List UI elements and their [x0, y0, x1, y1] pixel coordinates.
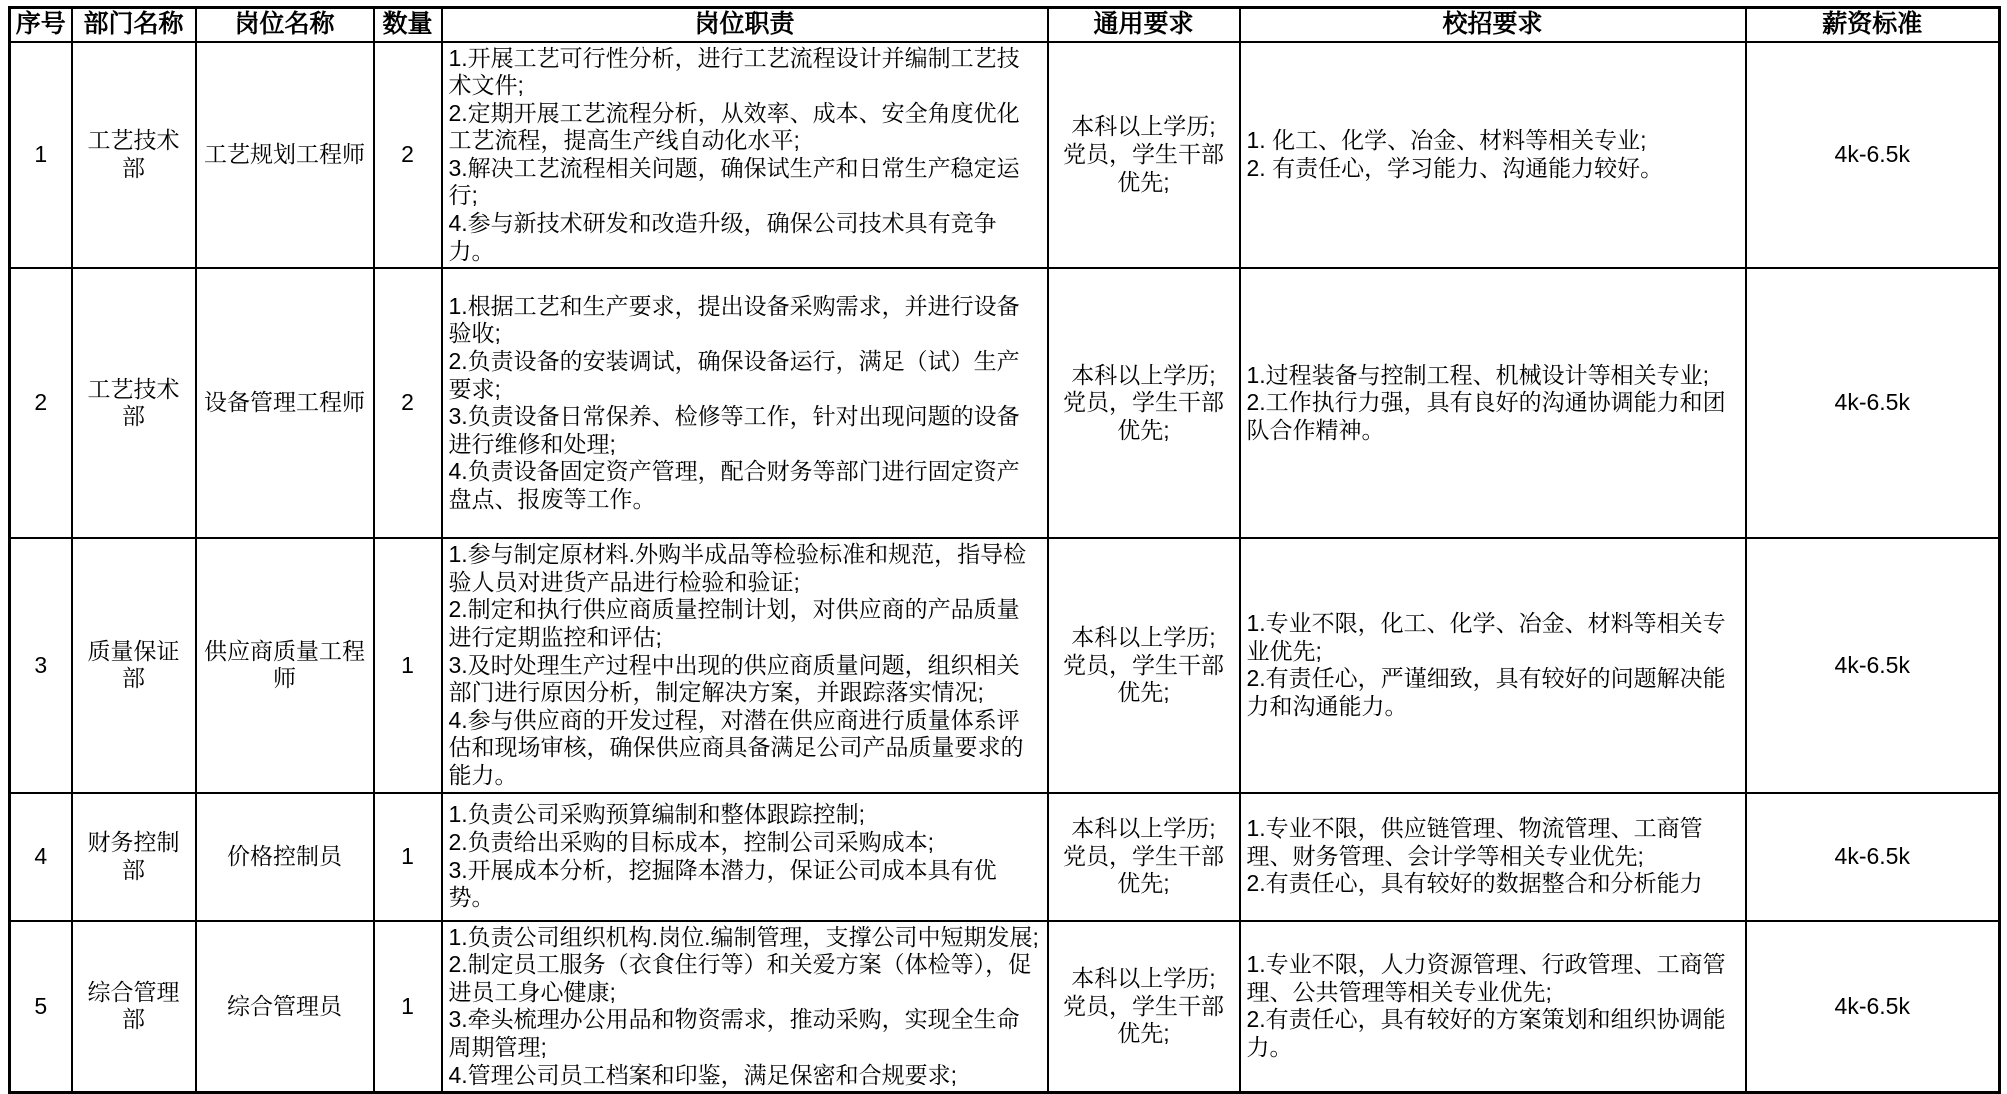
cell-serial-number: 5	[10, 921, 72, 1093]
cell-general-requirements: 本科以上学历; 党员，学生干部优先;	[1048, 793, 1240, 921]
cell-campus-requirements: 1. 化工、化学、冶金、材料等相关专业; 2. 有责任心，学习能力、沟通能力较好…	[1240, 42, 1746, 269]
cell-general-requirements: 本科以上学历; 党员，学生干部优先;	[1048, 42, 1240, 269]
cell-campus-requirements: 1.专业不限，化工、化学、冶金、材料等相关专业优先; 2.有责任心，严谨细致，具…	[1240, 538, 1746, 792]
cell-salary: 4k-6.5k	[1746, 538, 2000, 792]
cell-headcount: 2	[374, 268, 442, 538]
cell-department: 工艺技术部	[72, 268, 196, 538]
cell-department: 财务控制部	[72, 793, 196, 921]
table-row: 5 综合管理部 综合管理员 1 1.负责公司组织机构.岗位.编制管理，支撑公司中…	[10, 921, 2000, 1093]
cell-headcount: 1	[374, 538, 442, 792]
cell-salary: 4k-6.5k	[1746, 268, 2000, 538]
column-header-serial: 序号	[10, 8, 72, 42]
cell-serial-number: 1	[10, 42, 72, 269]
cell-duties: 1.参与制定原材料.外购半成品等检验标准和规范，指导检验人员对进货产品进行检验和…	[442, 538, 1048, 792]
cell-general-requirements: 本科以上学历; 党员，学生干部优先;	[1048, 538, 1240, 792]
table-row: 3 质量保证部 供应商质量工程师 1 1.参与制定原材料.外购半成品等检验标准和…	[10, 538, 2000, 792]
job-table: 序号 部门名称 岗位名称 数量 岗位职责 通用要求 校招要求 薪资标准 1 工艺…	[8, 6, 2001, 1094]
cell-department: 工艺技术部	[72, 42, 196, 269]
column-header-general-requirements: 通用要求	[1048, 8, 1240, 42]
cell-position: 工艺规划工程师	[196, 42, 374, 269]
cell-department: 质量保证部	[72, 538, 196, 792]
cell-general-requirements: 本科以上学历; 党员，学生干部优先;	[1048, 268, 1240, 538]
cell-campus-requirements: 1.专业不限，供应链管理、物流管理、工商管理、财务管理、会计学等相关专业优先; …	[1240, 793, 1746, 921]
column-header-department: 部门名称	[72, 8, 196, 42]
column-header-headcount: 数量	[374, 8, 442, 42]
column-header-campus-requirements: 校招要求	[1240, 8, 1746, 42]
cell-serial-number: 2	[10, 268, 72, 538]
column-header-duties: 岗位职责	[442, 8, 1048, 42]
cell-general-requirements: 本科以上学历; 党员，学生干部优先;	[1048, 921, 1240, 1093]
column-header-position: 岗位名称	[196, 8, 374, 42]
cell-duties: 1.负责公司组织机构.岗位.编制管理，支撑公司中短期发展; 2.制定员工服务（衣…	[442, 921, 1048, 1093]
cell-department: 综合管理部	[72, 921, 196, 1093]
cell-position: 综合管理员	[196, 921, 374, 1093]
cell-duties: 1.根据工艺和生产要求，提出设备采购需求，并进行设备验收; 2.负责设备的安装调…	[442, 268, 1048, 538]
cell-campus-requirements: 1.过程装备与控制工程、机械设计等相关专业; 2.工作执行力强，具有良好的沟通协…	[1240, 268, 1746, 538]
page: 序号 部门名称 岗位名称 数量 岗位职责 通用要求 校招要求 薪资标准 1 工艺…	[0, 0, 2007, 1094]
cell-salary: 4k-6.5k	[1746, 793, 2000, 921]
cell-position: 设备管理工程师	[196, 268, 374, 538]
cell-salary: 4k-6.5k	[1746, 921, 2000, 1093]
cell-position: 价格控制员	[196, 793, 374, 921]
table-row: 1 工艺技术部 工艺规划工程师 2 1.开展工艺可行性分析，进行工艺流程设计并编…	[10, 42, 2000, 269]
table-row: 2 工艺技术部 设备管理工程师 2 1.根据工艺和生产要求，提出设备采购需求，并…	[10, 268, 2000, 538]
header-row: 序号 部门名称 岗位名称 数量 岗位职责 通用要求 校招要求 薪资标准	[10, 8, 2000, 42]
cell-campus-requirements: 1.专业不限，人力资源管理、行政管理、工商管理、公共管理等相关专业优先; 2.有…	[1240, 921, 1746, 1093]
cell-duties: 1.负责公司采购预算编制和整体跟踪控制; 2.负责给出采购的目标成本，控制公司采…	[442, 793, 1048, 921]
cell-headcount: 1	[374, 793, 442, 921]
cell-serial-number: 3	[10, 538, 72, 792]
cell-headcount: 1	[374, 921, 442, 1093]
cell-headcount: 2	[374, 42, 442, 269]
cell-salary: 4k-6.5k	[1746, 42, 2000, 269]
cell-serial-number: 4	[10, 793, 72, 921]
cell-duties: 1.开展工艺可行性分析，进行工艺流程设计并编制工艺技术文件; 2.定期开展工艺流…	[442, 42, 1048, 269]
column-header-salary: 薪资标准	[1746, 8, 2000, 42]
cell-position: 供应商质量工程师	[196, 538, 374, 792]
table-row: 4 财务控制部 价格控制员 1 1.负责公司采购预算编制和整体跟踪控制; 2.负…	[10, 793, 2000, 921]
